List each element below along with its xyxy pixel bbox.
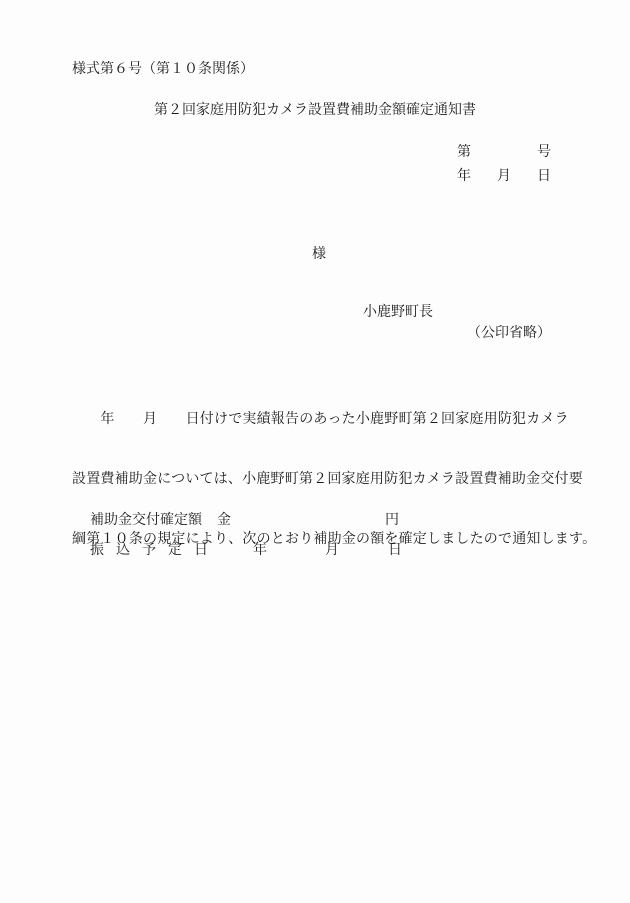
issue-date-line: 年 月 日: [457, 170, 551, 184]
document-title: 第２回家庭用防犯カメラ設置費補助金額確定通知書: [0, 104, 630, 118]
doc-number-prefix: 第: [457, 146, 471, 160]
issue-date-month-label: 月: [497, 170, 511, 184]
seal-omitted-note: （公印省略）: [467, 327, 551, 341]
transfer-year-label: 年: [253, 544, 267, 558]
amount-currency-prefix: 金: [217, 514, 231, 528]
body-line-2: 設置費補助金については、小鹿野町第２回家庭用防犯カメラ設置費補助金交付要: [72, 464, 617, 496]
issue-date-year-label: 年: [457, 170, 471, 184]
transfer-day-label: 日: [388, 544, 402, 558]
doc-number-line: 第 号: [457, 146, 551, 160]
amount-currency-unit: 円: [385, 514, 399, 528]
addressee-honorific: 様: [312, 248, 326, 262]
issue-date-day-label: 日: [537, 170, 551, 184]
form-number: 様式第６号（第１０条関係）: [72, 63, 254, 77]
body-line-1: 年 月 日付けで実績報告のあった小鹿野町第２回家庭用防犯カメラ: [72, 404, 617, 436]
document-page: 様式第６号（第１０条関係） 第２回家庭用防犯カメラ設置費補助金額確定通知書 第 …: [0, 0, 630, 903]
sender-name: 小鹿野町長: [363, 306, 433, 320]
transfer-month-label: 月: [325, 544, 339, 558]
confirmed-amount-label: 補助金交付確定額: [90, 514, 202, 528]
transfer-date-label: 振込予定日: [90, 544, 220, 558]
doc-number-suffix: 号: [537, 146, 551, 160]
